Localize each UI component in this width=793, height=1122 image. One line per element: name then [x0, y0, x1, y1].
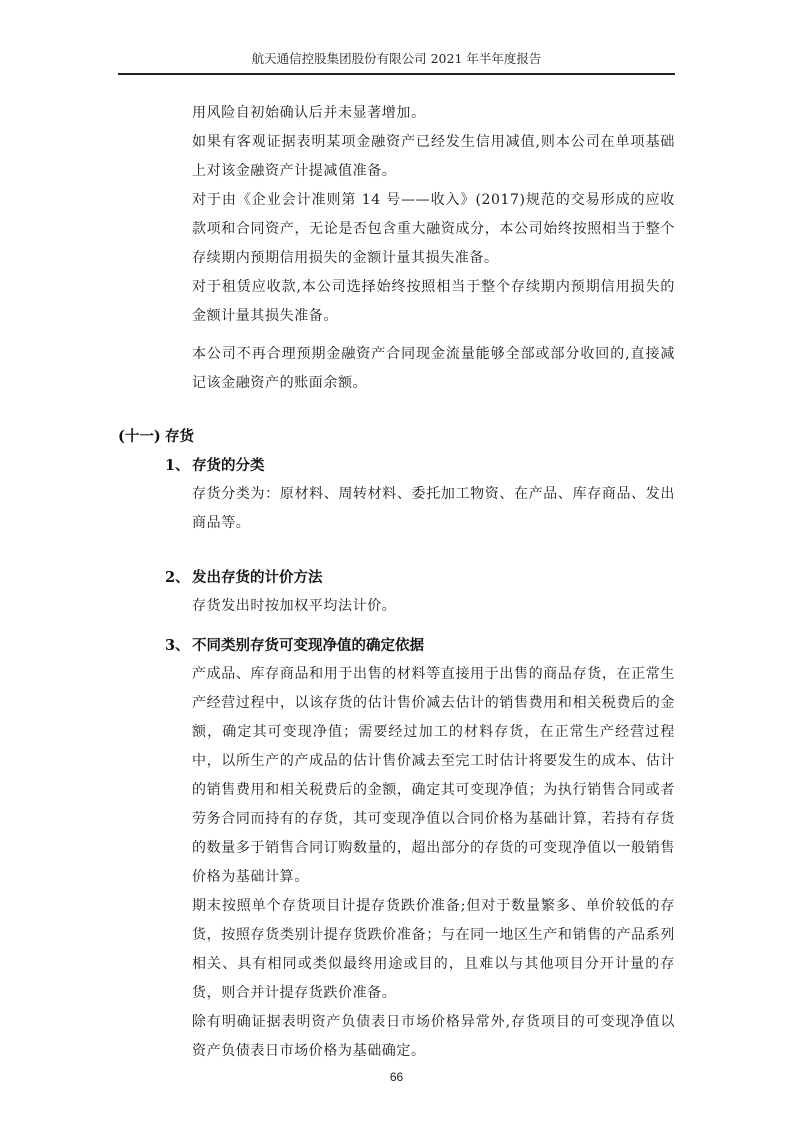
paragraph: 如果有客观证据表明某项金融资产已经发生信用减值,则本公司在单项基础上对该金融资产…: [192, 128, 675, 186]
section-heading-inventory: (十一)存货: [118, 422, 194, 451]
item-1-body: 存货分类为：原材料、周转材料、委托加工物资、在产品、库存商品、发出商品等。: [192, 480, 675, 538]
section-title: 存货: [165, 428, 194, 445]
item-title: 存货的分类: [192, 457, 265, 474]
page-header: 航天通信控股集团股份有限公司 2021 年半年度报告: [118, 49, 675, 75]
paragraph: 期末按照单个存货项目计提存货跌价准备;但对于数量繁多、单价较低的存货，按照存货类…: [192, 892, 675, 1008]
paragraph: 存货分类为：原材料、周转材料、委托加工物资、在产品、库存商品、发出商品等。: [192, 480, 675, 538]
write-off-paragraph: 本公司不再合理预期金融资产合同现金流量能够全部或部分收回的,直接减记该金融资产的…: [192, 340, 675, 398]
item-title: 不同类别存货可变现净值的确定依据: [192, 637, 424, 654]
item-number: 2、: [165, 563, 192, 592]
item-number: 3、: [165, 631, 192, 660]
impairment-paragraphs: 用风险自初始确认后并未显著增加。 如果有客观证据表明某项金融资产已经发生信用减值…: [192, 99, 675, 331]
item-2-body: 存货发出时按加权平均法计价。: [192, 592, 675, 621]
paragraph: 用风险自初始确认后并未显著增加。: [192, 99, 675, 128]
item-title: 发出存货的计价方法: [192, 569, 323, 586]
paragraph: 除有明确证据表明资产负债表日市场价格异常外,存货项目的可变现净值以资产负债表日市…: [192, 1008, 675, 1066]
paragraph: 产成品、库存商品和用于出售的材料等直接用于出售的商品存货，在正常生产经营过程中，…: [192, 660, 675, 892]
item-heading-1: 1、存货的分类: [165, 451, 265, 480]
item-number: 1、: [165, 451, 192, 480]
page-number: 66: [0, 1070, 793, 1084]
report-title: 航天通信控股集团股份有限公司 2021 年半年度报告: [252, 51, 542, 66]
item-heading-2: 2、发出存货的计价方法: [165, 563, 323, 592]
paragraph: 对于租赁应收款,本公司选择始终按照相当于整个存续期内预期信用损失的金额计量其损失…: [192, 273, 675, 331]
paragraph: 对于由《企业会计准则第 14 号——收入》(2017)规范的交易形成的应收款项和…: [192, 186, 675, 273]
section-number: (十一): [118, 422, 165, 451]
paragraph: 本公司不再合理预期金融资产合同现金流量能够全部或部分收回的,直接减记该金融资产的…: [192, 340, 675, 398]
item-3-body: 产成品、库存商品和用于出售的材料等直接用于出售的商品存货，在正常生产经营过程中，…: [192, 660, 675, 1066]
paragraph: 存货发出时按加权平均法计价。: [192, 592, 675, 621]
item-heading-3: 3、不同类别存货可变现净值的确定依据: [165, 631, 424, 660]
